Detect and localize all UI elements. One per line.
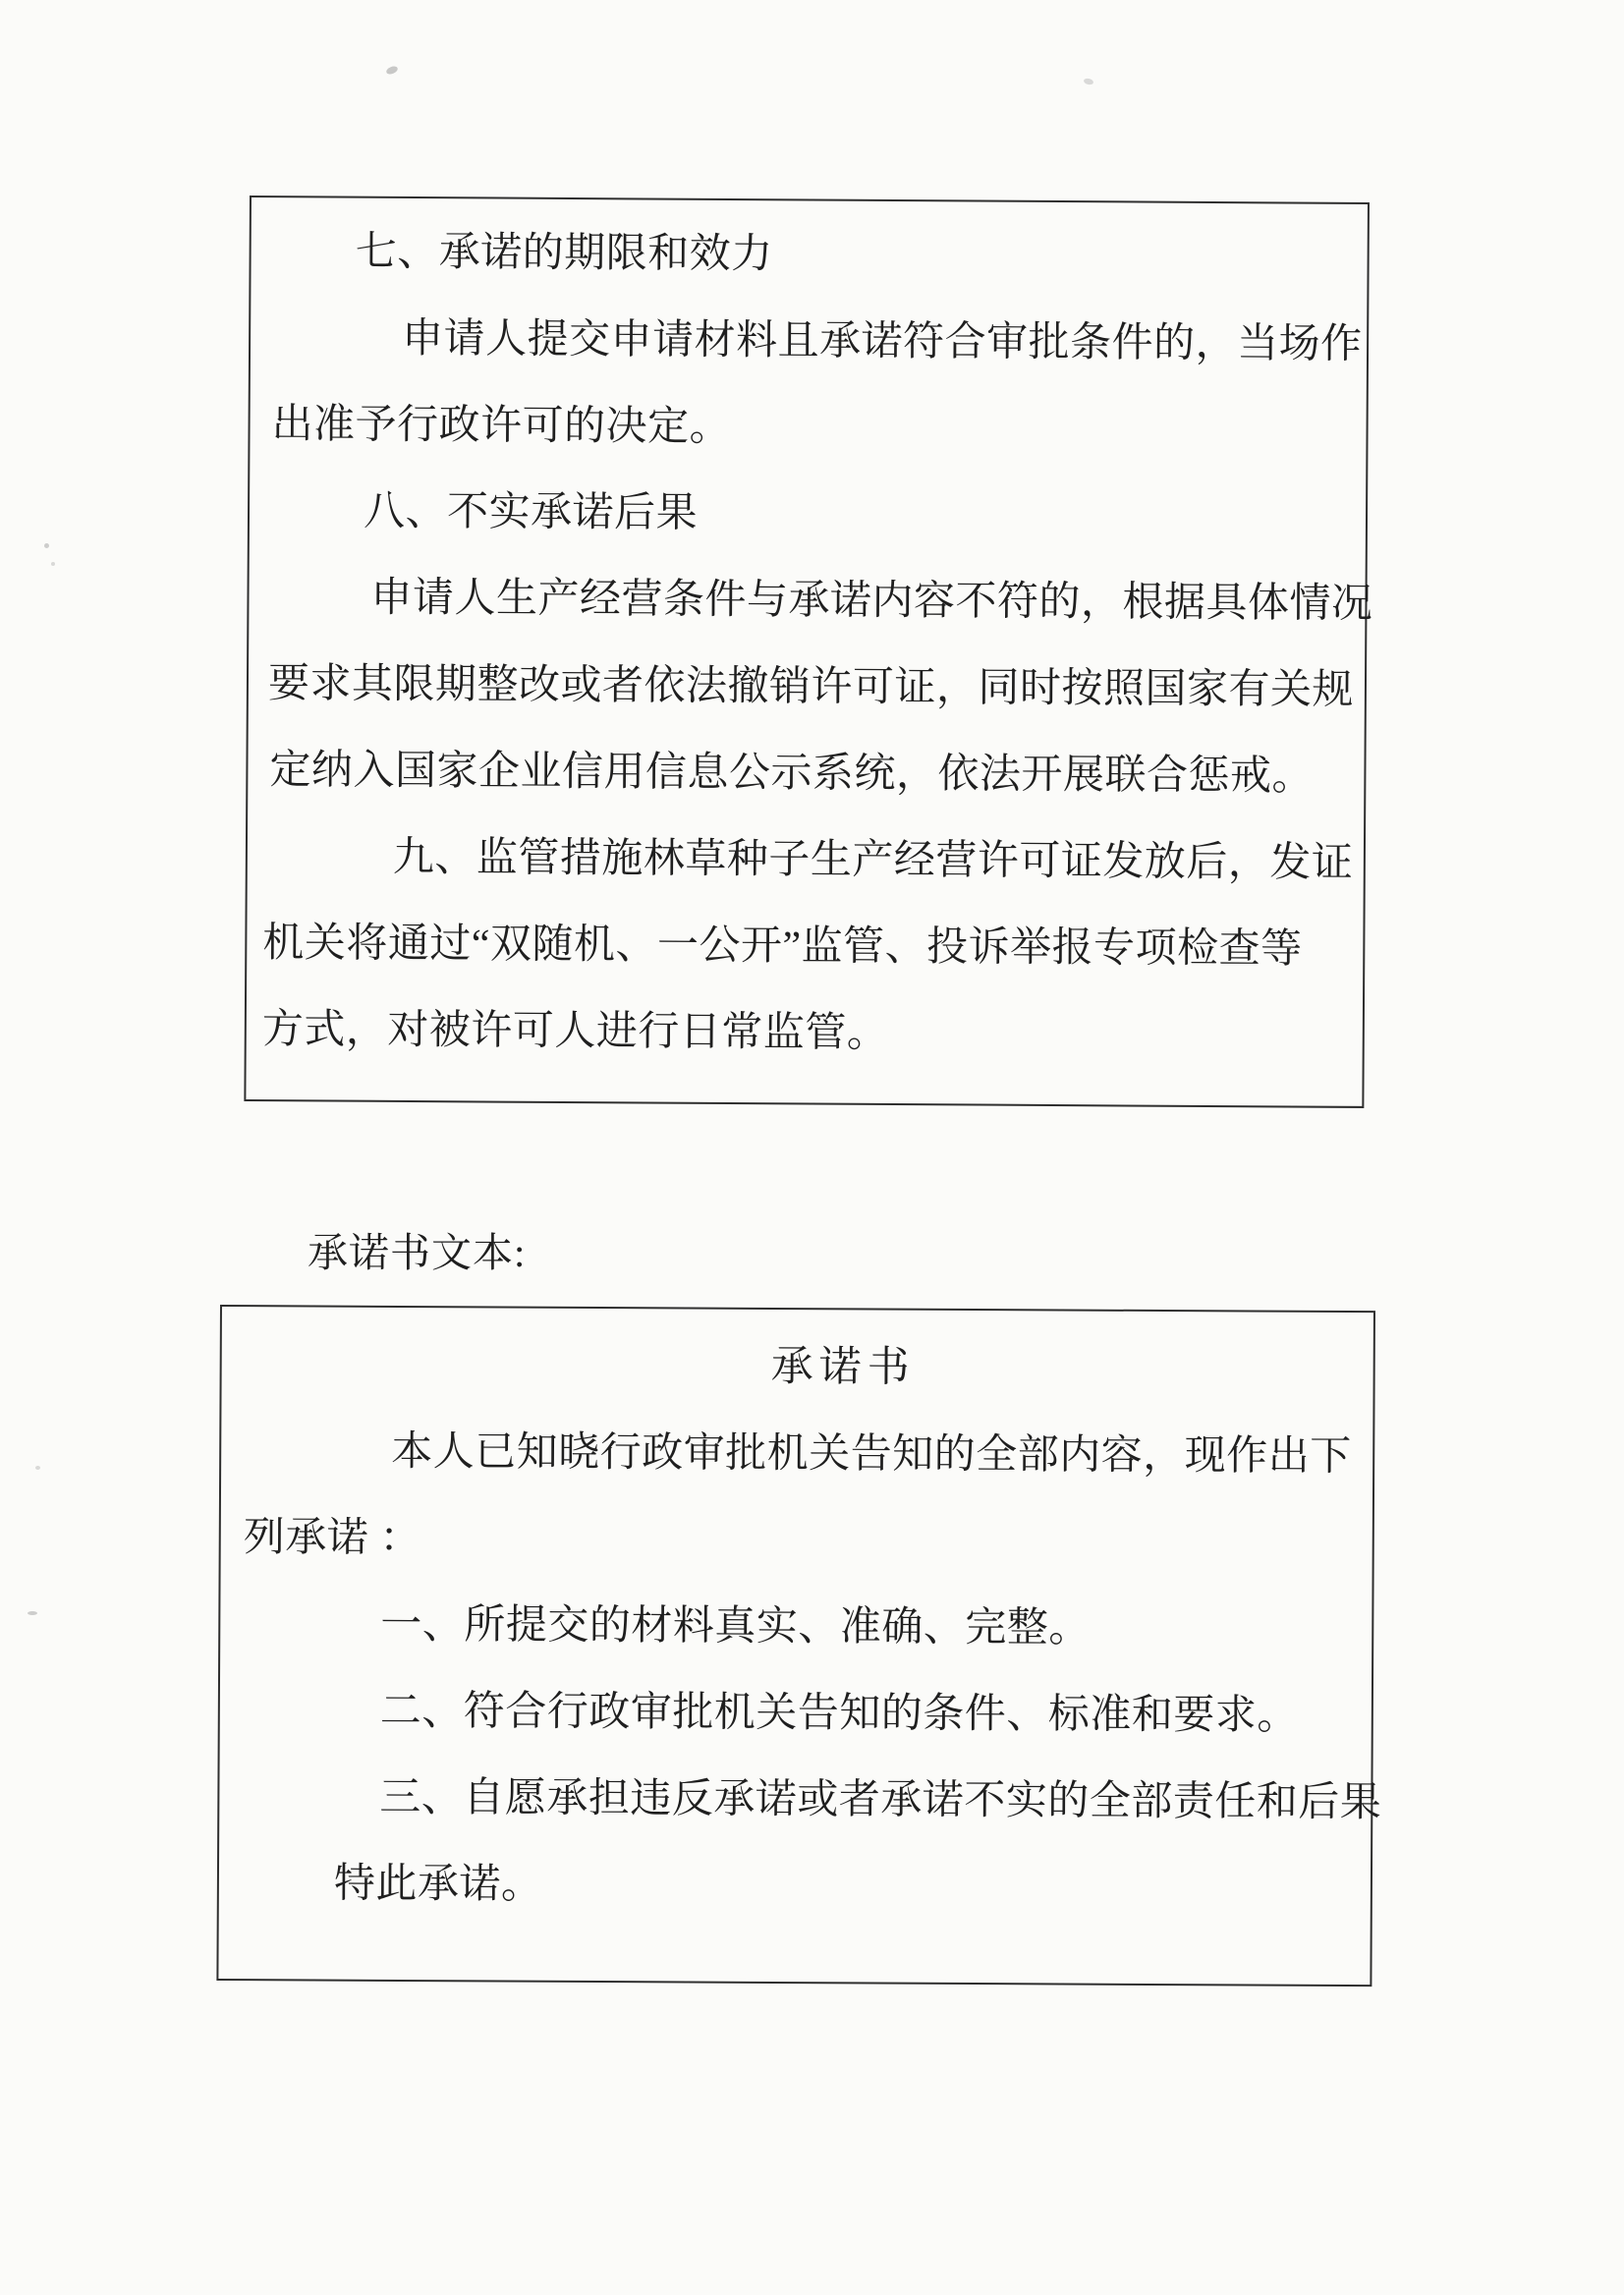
notice-line-9-heading: 九、监管措施林草种子生产经营许可证发放后，发证 (263, 813, 1347, 907)
notice-line: 申请人生产经营条件与承诺内容不符的，根据具体情况 (264, 554, 1348, 647)
scan-speck (28, 1611, 37, 1615)
notice-line: 定纳入国家企业信用信息公示系统，依法开展联合惩戒。 (263, 727, 1347, 820)
notice-box: 七、承诺的期限和效力 申请人提交申请材料且承诺符合审批条件的，当场作 出准予行政… (244, 196, 1370, 1108)
notice-line-7-heading: 七、承诺的期限和效力 (266, 208, 1350, 302)
scan-speck (1083, 78, 1093, 85)
commitment-letter-title: 承诺书 (287, 1321, 1398, 1414)
notice-line-8-heading: 八、不实承诺后果 (265, 468, 1349, 561)
notice-line: 申请人提交申请材料且承诺符合审批条件的，当场作 (266, 295, 1350, 388)
notice-line: 方式，对被许可人进行日常监管。 (262, 986, 1346, 1080)
scan-speck (44, 543, 49, 548)
commitment-line: 列承诺 ： (244, 1494, 1355, 1587)
commitment-line: 本人已知晓行政审批机关告知的全部内容，现作出下 (244, 1408, 1355, 1500)
notice-line: 要求其限期整改或者依法撤销许可证，同时按照国家有关规 (264, 641, 1348, 734)
scan-speck (35, 1466, 40, 1470)
commitment-letter-label: 承诺书文本: (308, 1218, 526, 1287)
scan-speck (385, 65, 399, 76)
commitment-line-closing: 特此承诺。 (242, 1840, 1353, 1932)
notice-line: 出准予行政许可的决定。 (265, 381, 1349, 475)
notice-line: 机关将通过“双随机、一公开”监管、投诉举报专项检查等 (262, 900, 1346, 993)
commitment-line-item-2: 二、符合行政审批机关告知的条件、标准和要求。 (243, 1667, 1354, 1760)
scanned-document-page: 七、承诺的期限和效力 申请人提交申请材料且承诺符合审批条件的，当场作 出准予行政… (0, 0, 1624, 2295)
commitment-line-item-1: 一、所提交的材料真实、准确、完整。 (243, 1581, 1354, 1673)
scan-speck (51, 562, 55, 566)
commitment-line-item-3: 三、自愿承担违反承诺或者承诺不实的全部责任和后果 (242, 1754, 1353, 1846)
commitment-letter-box: 承诺书 本人已知晓行政审批机关告知的全部内容，现作出下 列承诺 ： 一、所提交的… (216, 1305, 1375, 1987)
